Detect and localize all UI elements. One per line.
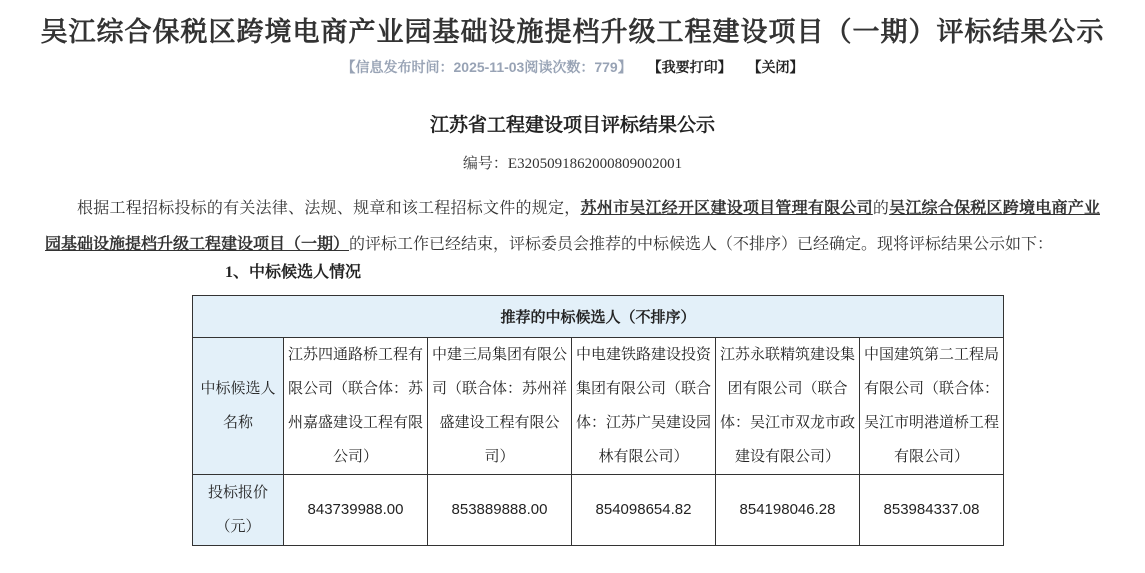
table-header-row: 推荐的中标候选人（不排序） — [193, 296, 1004, 338]
row-label-bid-price: 投标报价 （元） — [193, 475, 284, 546]
candidate-cell-1: 江苏四通路桥工程有限公司（联合体：苏州嘉盛建设工程有限公司） — [284, 338, 428, 475]
candidate-name-row: 中标候选人 名称 江苏四通路桥工程有限公司（联合体：苏州嘉盛建设工程有限公司） … — [193, 338, 1004, 475]
print-link[interactable]: 【我要打印】 — [648, 59, 732, 75]
paragraph-text-3: 的评标工作已经结束，评标委员会推荐的中标候选人（不排序）已经确定。现将评标结果公… — [349, 236, 1053, 253]
candidate-cell-2: 中建三局集团有限公司（联合体：苏州祥盛建设工程有限公司） — [428, 338, 572, 475]
close-link[interactable]: 【关闭】 — [747, 59, 803, 75]
agency-name: 苏州市吴江经开区建设项目管理有限公司 — [580, 200, 872, 217]
section-heading-candidates: 1、中标候选人情况 — [225, 263, 1145, 282]
price-cell-5: 853984337.08 — [860, 475, 1004, 546]
notice-paragraph: 根据工程招标投标的有关法律、法规、规章和该工程招标文件的规定，苏州市吴江经开区建… — [45, 191, 1100, 263]
candidate-cell-5: 中国建筑第二工程局有限公司（联合体：吴江市明港道桥工程有限公司） — [860, 338, 1004, 475]
price-cell-2: 853889888.00 — [428, 475, 572, 546]
publish-info: 【信息发布时间：2025-11-03阅读次数：779】 — [342, 59, 632, 75]
notice-number: 编号：E3205091862000809002001 — [0, 155, 1145, 173]
candidate-cell-4: 江苏永联精筑建设集团有限公司（联合体：吴江市双龙市政建设有限公司） — [716, 338, 860, 475]
announcement-page: 吴江综合保税区跨境电商产业园基础设施提档升级工程建设项目（一期）评标结果公示 【… — [0, 0, 1145, 573]
paragraph-text-1: 根据工程招标投标的有关法律、法规、规章和该工程招标文件的规定， — [77, 200, 580, 217]
page-title: 吴江综合保税区跨境电商产业园基础设施提档升级工程建设项目（一期）评标结果公示 — [0, 0, 1145, 51]
candidate-cell-3: 中电建铁路建设投资集团有限公司（联合体：江苏广吴建设园林有限公司） — [572, 338, 716, 475]
price-cell-3: 854098654.82 — [572, 475, 716, 546]
price-cell-1: 843739988.00 — [284, 475, 428, 546]
meta-line: 【信息发布时间：2025-11-03阅读次数：779】 【我要打印】 【关闭】 — [0, 58, 1145, 76]
table-header: 推荐的中标候选人（不排序） — [193, 296, 1004, 338]
notice-title: 江苏省工程建设项目评标结果公示 — [0, 114, 1145, 138]
price-cell-4: 854198046.28 — [716, 475, 860, 546]
paragraph-text-2: 的 — [873, 200, 889, 217]
row-label-candidate-name: 中标候选人 名称 — [193, 338, 284, 475]
bid-price-row: 投标报价 （元） 843739988.00 853889888.00 85409… — [193, 475, 1004, 546]
candidates-table: 推荐的中标候选人（不排序） 中标候选人 名称 江苏四通路桥工程有限公司（联合体：… — [192, 295, 1004, 546]
